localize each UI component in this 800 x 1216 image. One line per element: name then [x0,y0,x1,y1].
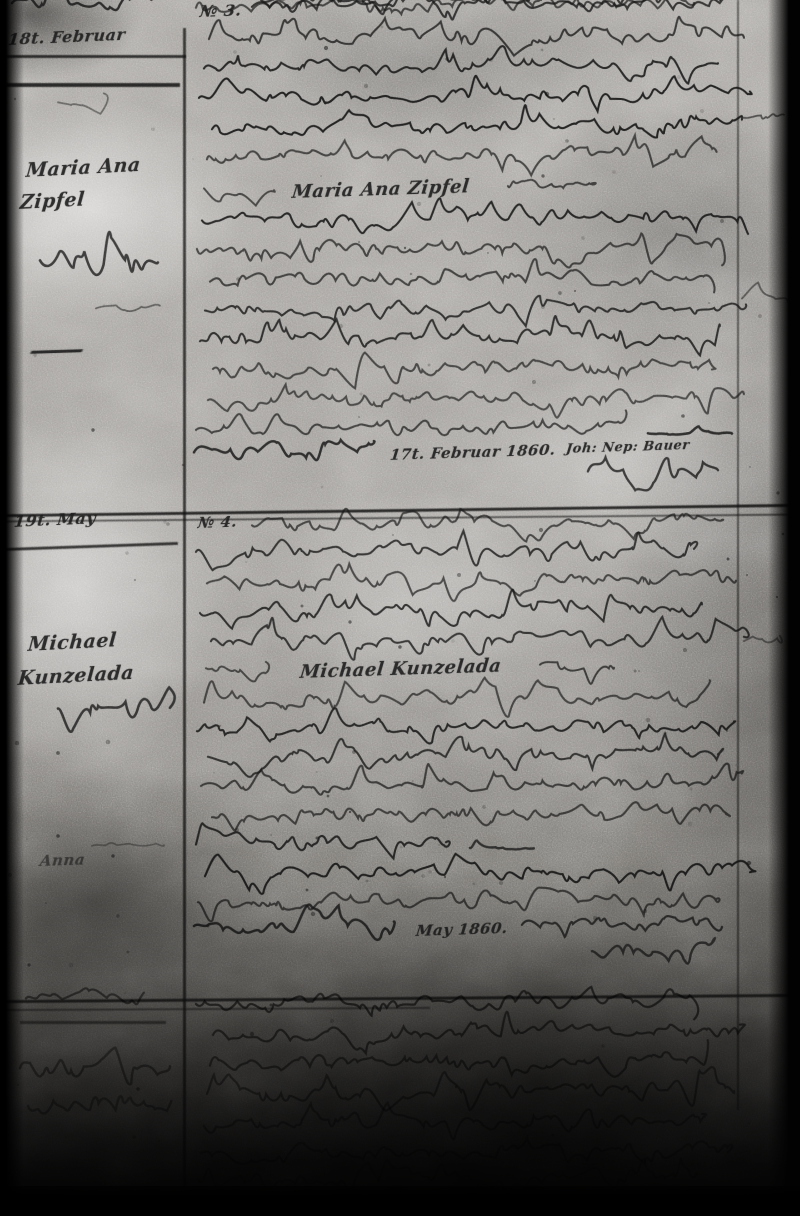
handwritten-line [58,695,170,732]
margin-dash-entry-1: — [26,334,88,365]
handwritten-line [742,286,788,322]
handwritten-line [252,0,722,30]
ink-layer: 18t. FebruarMaria AnaZipfel—№ 3.Maria An… [0,0,800,1216]
margin-name-entry-1-line-1: Maria Ana [25,154,142,182]
margin-name-entry-2-line-2: Kunzelada [17,662,135,690]
record-number-entry-1: № 3. [199,1,243,21]
handwritten-line [28,1091,170,1128]
margin-date-underline-3 [20,1021,166,1024]
handwritten-line [744,628,780,664]
record-number-entry-2: № 4. [197,513,238,532]
handwritten-line [20,1055,170,1093]
handwritten-line [588,457,718,494]
handwritten-line [744,106,784,142]
handwritten-line [470,837,530,874]
handwritten-line [96,296,160,333]
margin-top-line [0,55,186,58]
handwritten-line [12,0,152,27]
handwritten-line [194,913,394,951]
handwritten-line [92,834,164,871]
margin-name-entry-1-line-2: Zipfel [19,189,86,215]
handwritten-line [508,174,592,211]
right-column-divider-line [737,0,739,1110]
handwritten-line [540,654,614,691]
register-page-scan: 18t. FebruarMaria AnaZipfel—№ 3.Maria An… [0,0,800,1216]
handwritten-line [58,92,104,128]
body-date-entry-2: May 1860. [415,919,509,940]
body-name-entry-1: Maria Ana Zipfel [291,176,471,203]
margin-column-divider-line [183,28,186,1188]
handwritten-line [26,983,144,1020]
margin-note-anna: Anna [39,851,86,870]
handwritten-line [196,830,446,869]
margin-date-entry-1: 18t. Februar [7,25,126,49]
body-date-entry-1: 17t. Februar 1860. [389,441,557,464]
handwritten-line [40,245,158,282]
margin-date-underline-2 [2,542,178,551]
handwritten-line [198,1163,696,1204]
handwritten-line [206,657,266,694]
margin-date-underline-1 [6,83,180,87]
margin-name-entry-2-line-1: Michael [27,629,118,656]
handwritten-line [204,176,274,213]
handwritten-line [592,939,712,976]
handwritten-line [194,437,374,475]
margin-date-entry-2: 19t. May [13,508,97,531]
